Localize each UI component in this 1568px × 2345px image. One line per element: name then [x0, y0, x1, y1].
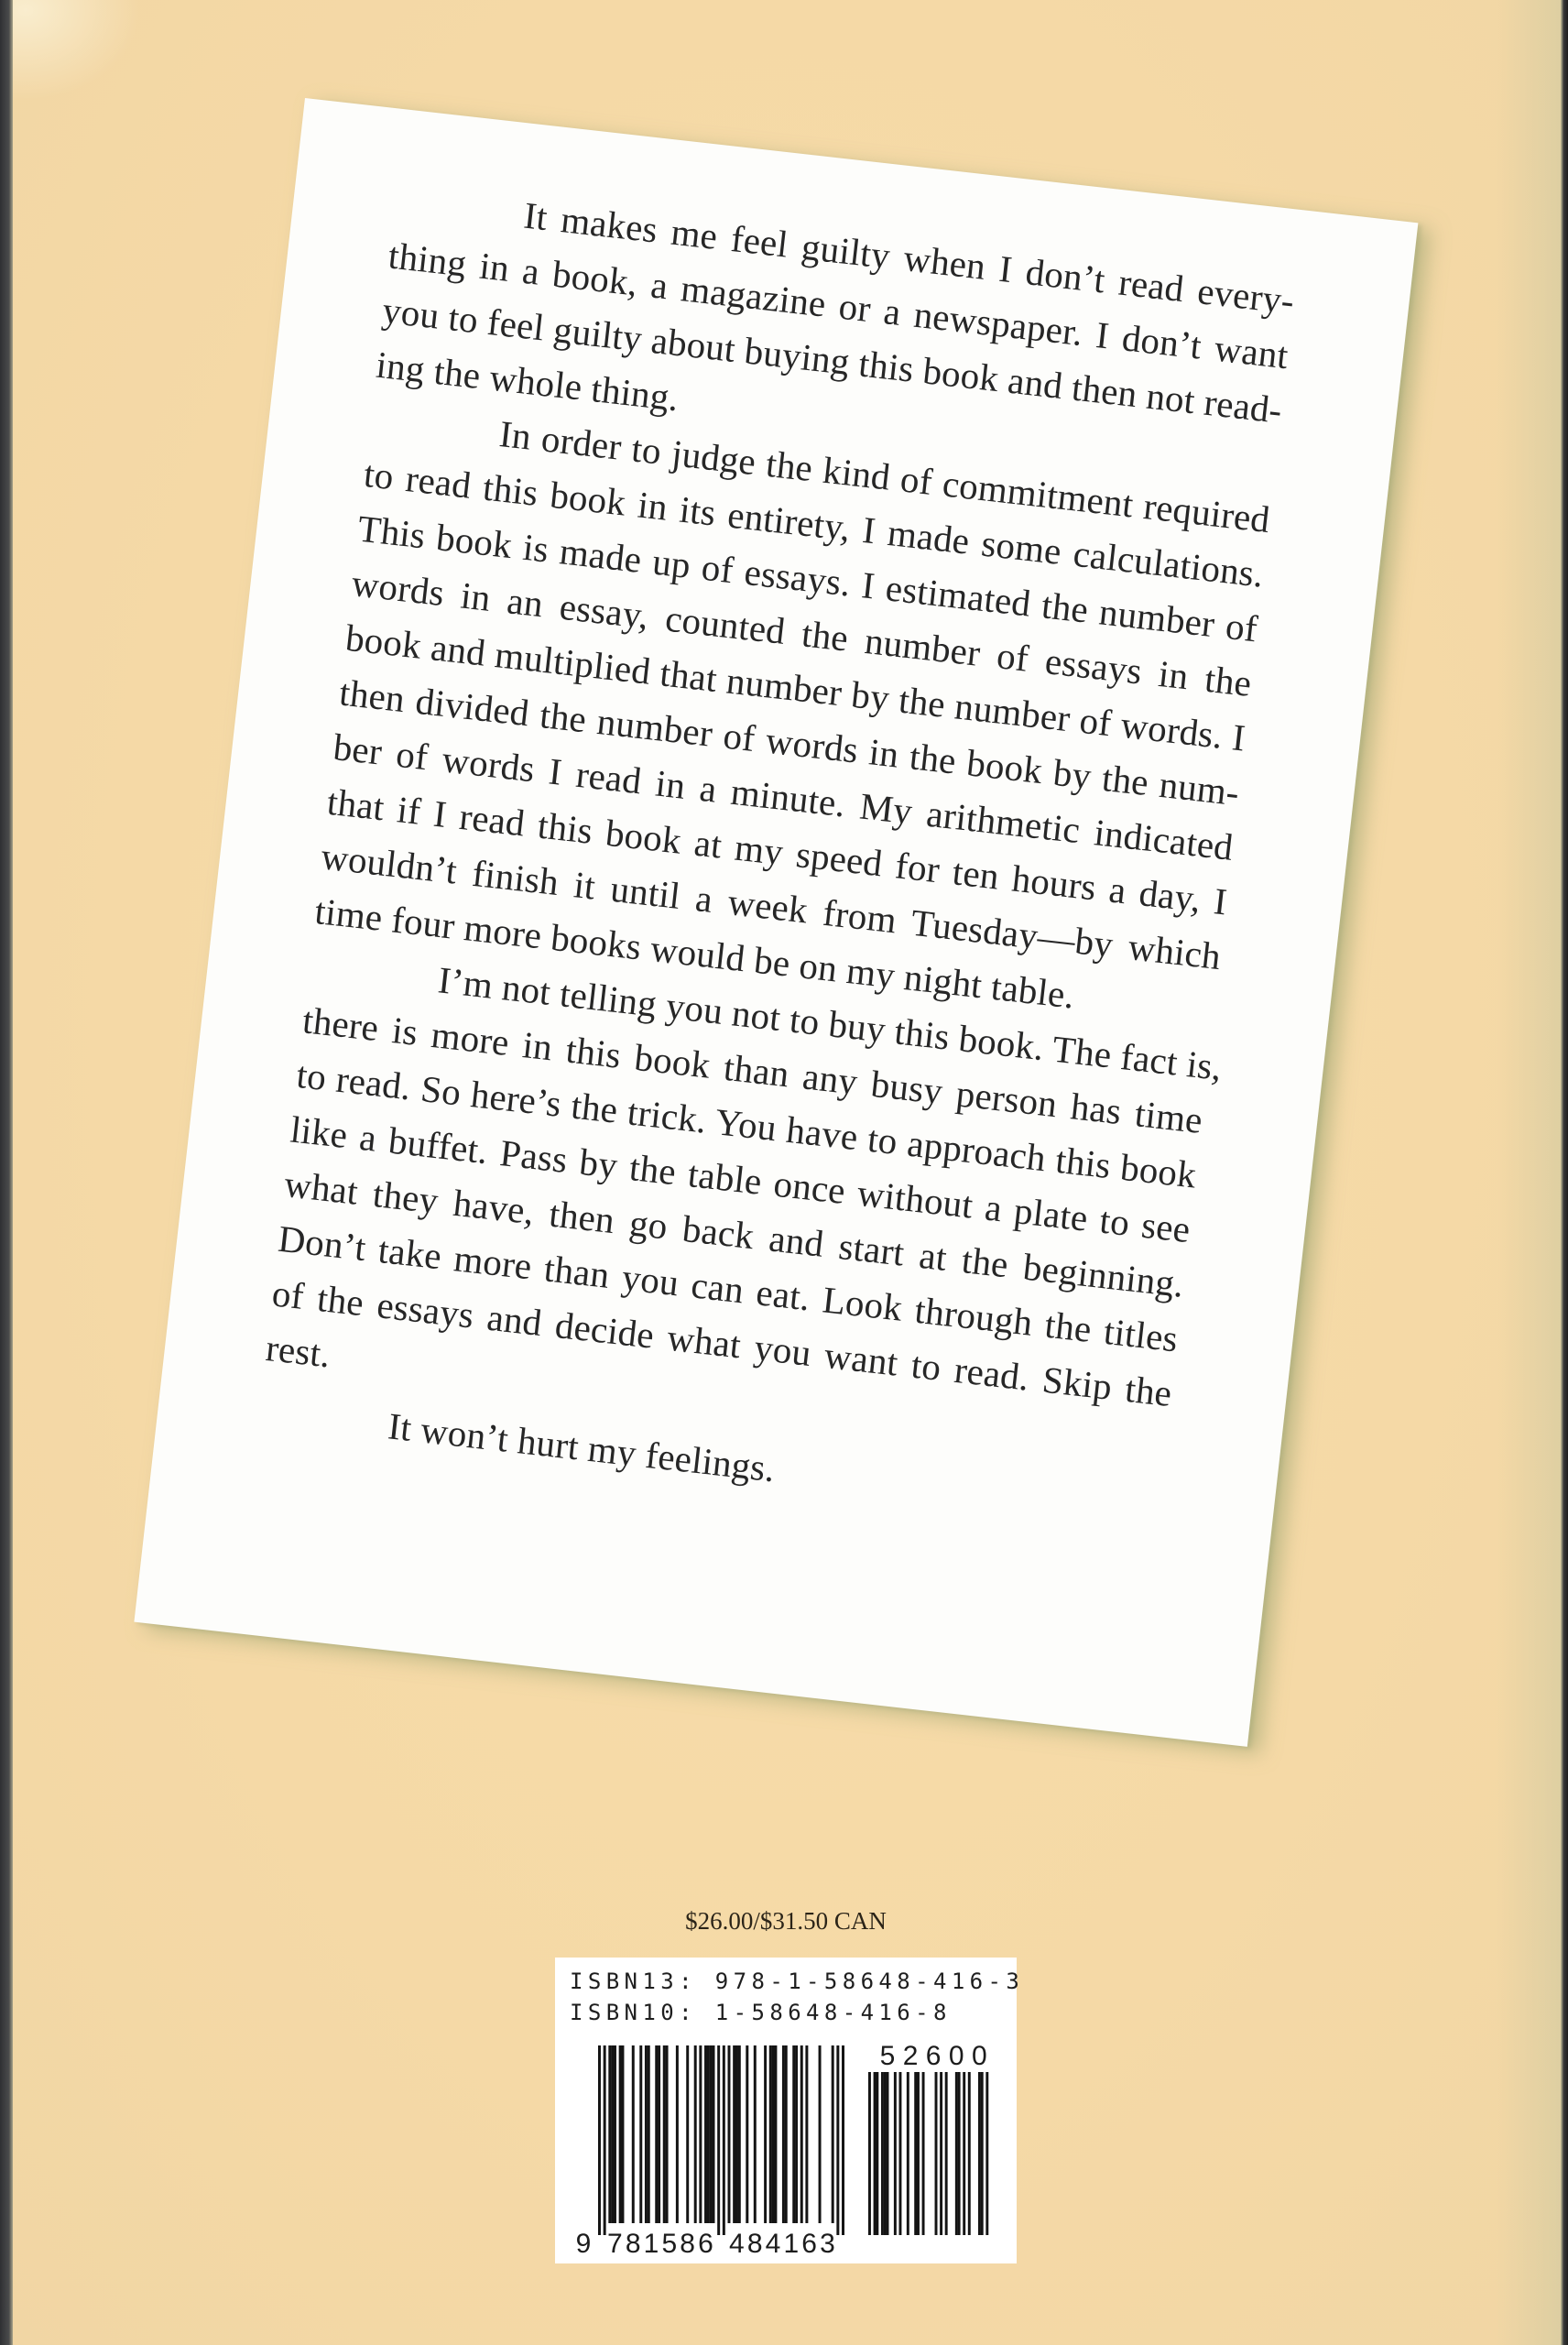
right-edge-shadow — [1561, 0, 1568, 2345]
svg-text:9: 9 — [576, 2229, 592, 2259]
svg-text:5: 5 — [880, 2041, 896, 2071]
svg-text:6: 6 — [801, 2229, 817, 2259]
svg-text:0: 0 — [972, 2041, 987, 2071]
blurb-card: It makes me feel guilty when I don’t rea… — [134, 98, 1418, 1747]
svg-text:5: 5 — [661, 2229, 677, 2259]
svg-text:8: 8 — [747, 2229, 763, 2259]
svg-text:2: 2 — [903, 2041, 919, 2071]
cover-scuff-mark — [13, 0, 141, 101]
left-edge-shadow — [0, 0, 13, 2345]
svg-text:7: 7 — [607, 2229, 623, 2259]
svg-text:6: 6 — [698, 2229, 713, 2259]
svg-text:1: 1 — [644, 2229, 659, 2259]
svg-text:6: 6 — [926, 2041, 942, 2071]
svg-text:4: 4 — [766, 2229, 781, 2259]
svg-text:4: 4 — [729, 2229, 745, 2259]
svg-text:0: 0 — [949, 2041, 964, 2071]
ean13-barcode: 978158648416352600 — [555, 1958, 1017, 2263]
svg-text:3: 3 — [820, 2229, 835, 2259]
svg-text:8: 8 — [626, 2229, 641, 2259]
price-text: $26.00/$31.50 CAN — [555, 1907, 1017, 1936]
blurb-text: It makes me feel guilty when I don’t rea… — [256, 173, 1298, 1539]
svg-text:8: 8 — [680, 2229, 695, 2259]
svg-text:1: 1 — [783, 2229, 799, 2259]
right-edge-fade — [1497, 0, 1561, 2345]
isbn-barcode-label: ISBN13: 978-1-58648-416-3 ISBN10: 1-5864… — [555, 1958, 1017, 2263]
